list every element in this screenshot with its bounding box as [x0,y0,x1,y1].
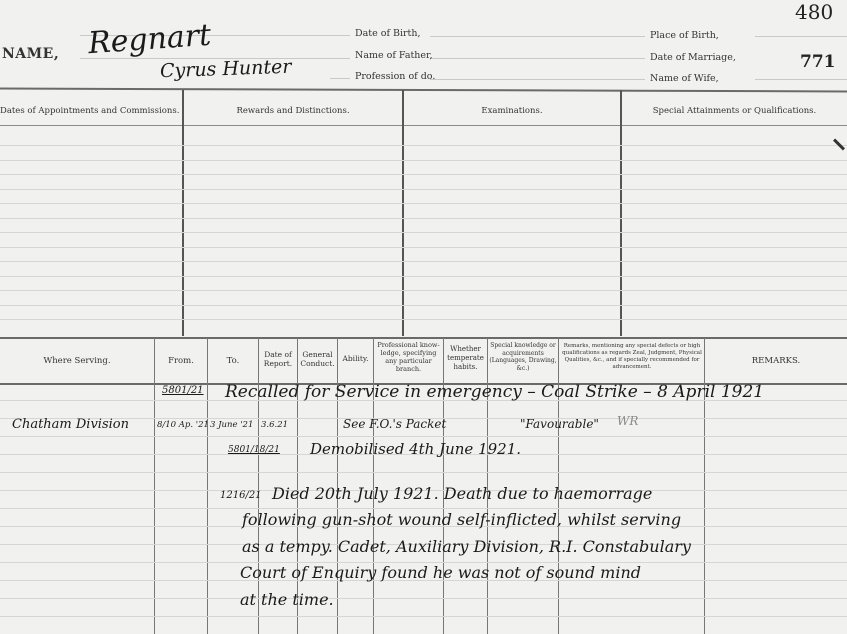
lower-table-top-border [0,337,847,339]
place-of-birth-label: Place of Birth, [650,30,719,41]
col-rewards: Rewards and Distinctions. [184,106,402,116]
upper-col-divider [402,90,404,336]
col-ability: Ability. [338,355,373,363]
date-of-marriage-label: Date of Marriage, [650,52,736,63]
upper-col-divider [182,90,184,336]
conduct-note: See F.O.'s Packet [343,417,446,431]
header-rule [330,78,350,79]
header-rule [755,79,847,80]
col-special-attainments: Special Attainments or Qualifications. [622,106,847,116]
col-temperate-habits: Whether temperate habits. [444,345,487,372]
date-of-birth-label: Date of Birth, [355,28,421,39]
col-examinations: Examinations. [404,106,620,116]
lower-col-divider [207,338,208,634]
name-label: NAME, [2,46,59,62]
col-remarks: REMARKS. [705,356,847,366]
where-serving-value: Chatham Division [12,417,129,432]
col-special-knowledge: Special knowledge or acquirements (Langu… [488,342,558,372]
entry-reference: 5801/21 [162,385,204,396]
service-record-page: NAME, Regnart Cyrus Hunter Date of Birth… [0,0,847,634]
death-line-5: at the time. [240,590,334,609]
col-remarks-detailed: Remarks, mentioning any special defects … [560,343,704,371]
assessment-value: "Favourable" [520,417,599,431]
col-to: To. [208,356,258,366]
from-value: 8/10 Ap. '21 [157,420,209,430]
entry-recalled: Recalled for Service in emergency – Coal… [225,382,764,402]
upper-table-header-border [0,125,847,126]
death-line-1: Died 20th July 1921. Death due to haemor… [272,484,652,503]
col-from: From. [155,356,207,366]
entry-reference: 1216/21 [220,490,262,501]
death-line-4: Court of Enquiry found he was not of sou… [240,563,641,582]
upper-col-divider [620,90,622,336]
profession-label: Profession of do. [355,71,435,82]
death-line-3: as a tempy. Cadet, Auxiliary Division, R… [242,537,691,556]
header-rule [430,58,645,59]
forenames: Cyrus Hunter [160,56,292,83]
header-rule [430,36,645,37]
col-general-conduct: General Conduct. [298,350,337,368]
name-of-wife-label: Name of Wife, [650,73,719,84]
record-number: 771 [800,52,836,72]
death-line-2: following gun-shot wound self-inflicted,… [242,510,681,529]
lower-col-divider [154,338,155,634]
header-rule [430,79,645,80]
col-where-serving: Where Serving. [0,356,154,366]
to-value: 3 June '21 [210,420,253,430]
upper-table-top-border [0,88,847,93]
col-professional-knowledge: Professional know-ledge, specifying any … [374,341,443,373]
initials: WR [617,414,638,428]
name-of-father-label: Name of Father, [355,50,433,61]
folio-number: 480 [795,0,833,24]
col-appointments: Dates of Appointments and Commissions. [0,106,182,116]
header-rule [755,36,847,37]
surname: Regnart [87,18,212,62]
col-date-of-report: Date of Report. [259,350,297,368]
entry-reference: 5801/18/21 [228,445,280,455]
date-of-report-value: 3.6.21 [261,420,288,430]
entry-demobilised: Demobilised 4th June 1921. [310,440,521,458]
